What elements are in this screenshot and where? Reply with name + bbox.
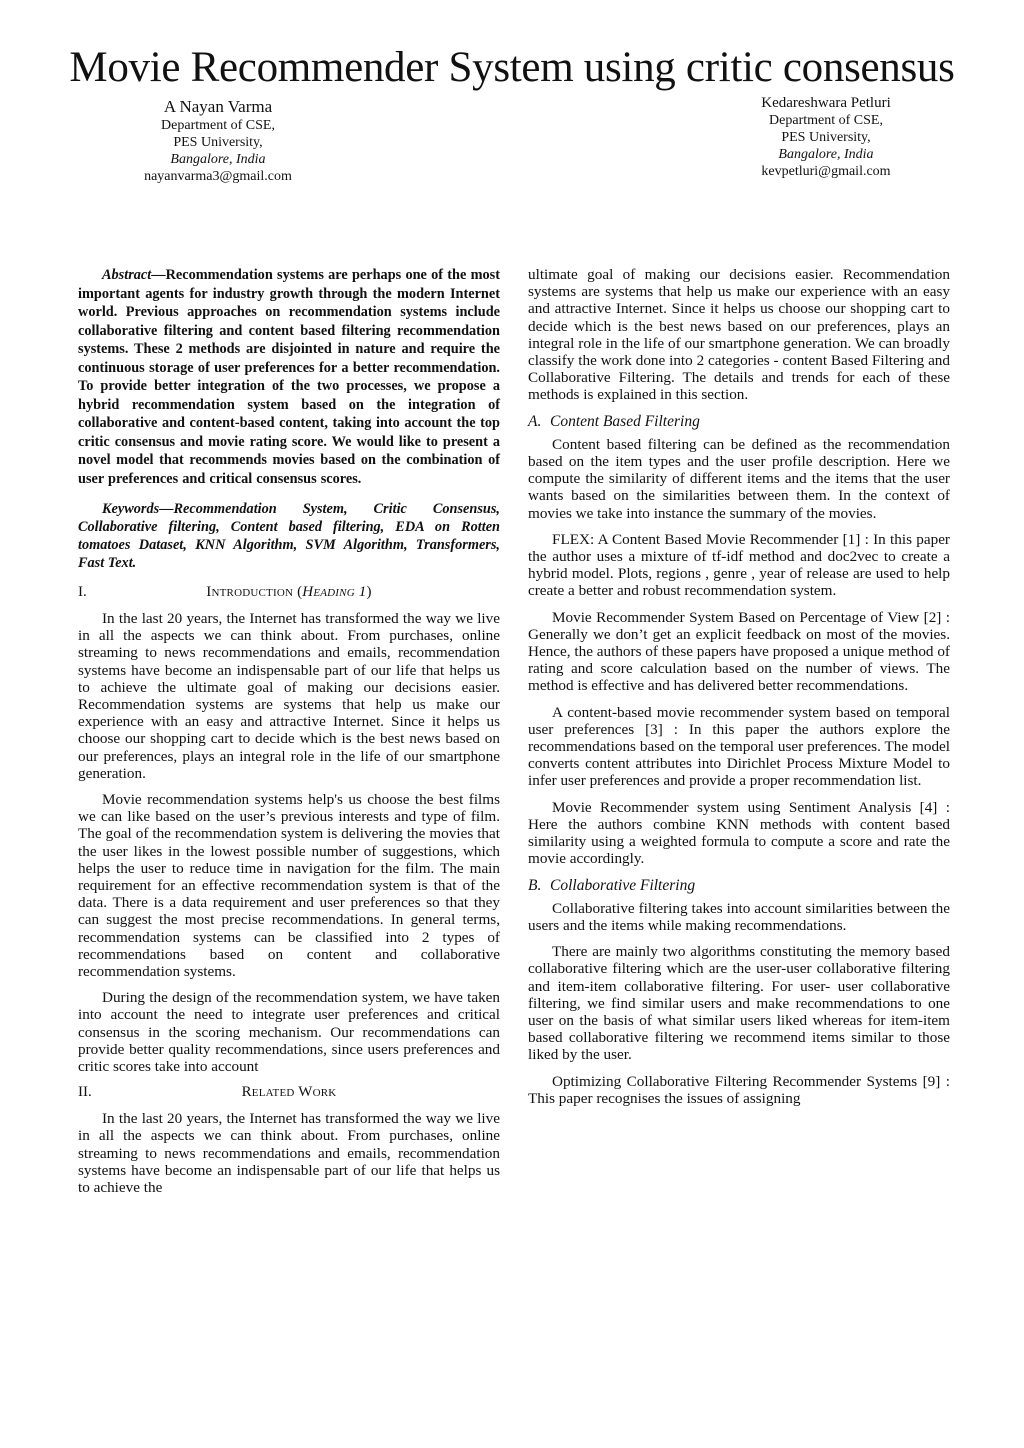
right-column: ultimate goal of making our decisions ea… <box>528 266 950 1116</box>
related-paragraph-1-continued: ultimate goal of making our decisions ea… <box>528 266 950 404</box>
abstract-dash: — <box>151 267 165 283</box>
content-paragraph-4: A content-based movie recommender system… <box>528 704 950 790</box>
collab-paragraph-3: Optimizing Collaborative Filtering Recom… <box>528 1073 950 1107</box>
content-paragraph-5: Movie Recommender system using Sentiment… <box>528 799 950 868</box>
collab-paragraph-2: There are mainly two algorithms constitu… <box>528 943 950 1063</box>
section-heading-introduction: I. Introduction (Heading 1) <box>78 584 500 606</box>
author-email: nayanvarma3@gmail.com <box>98 168 338 185</box>
subsection-heading-collaborative: B.Collaborative Filtering <box>528 877 950 894</box>
section-title-text: Introduction ( <box>206 584 302 600</box>
author-name: Kedareshwara Petluri <box>706 94 946 112</box>
section-title-italic: Heading 1 <box>302 584 366 600</box>
subsection-title: Content Based Filtering <box>550 413 700 430</box>
author-block-1: A Nayan Varma Department of CSE, PES Uni… <box>98 97 338 185</box>
subsection-letter: A. <box>528 413 550 430</box>
intro-paragraph-1: In the last 20 years, the Internet has t… <box>78 610 500 782</box>
author-department: Department of CSE, <box>706 112 946 129</box>
left-column: Abstract—Recommendation systems are perh… <box>78 266 500 1205</box>
author-department: Department of CSE, <box>98 117 338 134</box>
related-paragraph-1: In the last 20 years, the Internet has t… <box>78 1110 500 1196</box>
intro-paragraph-3: During the design of the recommendation … <box>78 989 500 1075</box>
author-email: kevpetluri@gmail.com <box>706 163 946 180</box>
author-block-2: Kedareshwara Petluri Department of CSE, … <box>706 94 946 180</box>
subsection-title: Collaborative Filtering <box>550 877 695 894</box>
subsection-letter: B. <box>528 877 550 894</box>
author-name: A Nayan Varma <box>98 97 338 117</box>
content-paragraph-3: Movie Recommender System Based on Percen… <box>528 609 950 695</box>
author-university: PES University, <box>98 134 338 151</box>
abstract-text: Recommendation systems are perhaps one o… <box>78 267 500 487</box>
collab-paragraph-1: Collaborative filtering takes into accou… <box>528 900 950 934</box>
abstract: Abstract—Recommendation systems are perh… <box>78 266 500 488</box>
section-title-close: ) <box>367 584 372 600</box>
section-title: Introduction (Heading 1) <box>78 584 500 601</box>
keywords: Keywords—Recommendation System, Critic C… <box>78 500 500 572</box>
section-number: II. <box>78 1084 92 1101</box>
abstract-lead: Abstract <box>102 267 151 283</box>
subsection-heading-content-based: A.Content Based Filtering <box>528 413 950 430</box>
content-paragraph-2: FLEX: A Content Based Movie Recommender … <box>528 531 950 600</box>
content-paragraph-1: Content based filtering can be defined a… <box>528 436 950 522</box>
author-location: Bangalore, India <box>706 146 946 163</box>
author-university: PES University, <box>706 129 946 146</box>
section-number: I. <box>78 584 87 601</box>
paper-title: Movie Recommender System using critic co… <box>0 42 1024 94</box>
intro-paragraph-2: Movie recommendation systems help's us c… <box>78 791 500 980</box>
section-title: Related Work <box>78 1084 500 1101</box>
author-location: Bangalore, India <box>98 151 338 168</box>
section-heading-related-work: II. Related Work <box>78 1084 500 1106</box>
